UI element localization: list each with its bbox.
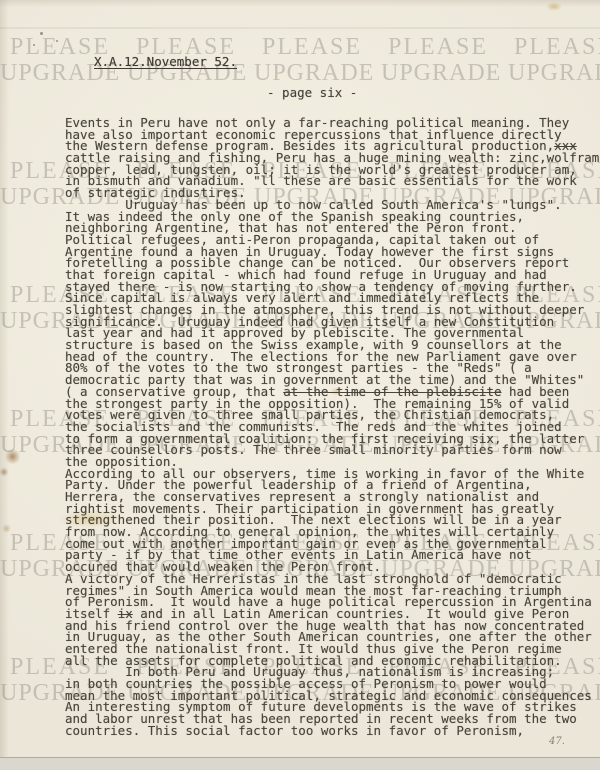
ink-speck: [40, 32, 43, 35]
watermark-word: PLEASE: [388, 34, 488, 61]
ink-speck: [56, 40, 58, 42]
watermark-word: UPGRADE: [381, 60, 501, 87]
watermark-word: PLEASE: [262, 34, 362, 61]
scanned-document-page: PLEASEUPGRADEPLEASEUPGRADEPLEASEUPGRADEP…: [0, 0, 600, 770]
ink-speck: [33, 44, 35, 46]
watermark-word: PLEASE: [514, 34, 600, 61]
document-reference: X.A.12.November 52.: [94, 54, 237, 69]
stain: [4, 448, 21, 465]
page-number-annotation: 47.: [549, 736, 565, 747]
body-line: countries. This social factor too works …: [65, 725, 600, 737]
stain: [1, 524, 12, 533]
document-body: Events in Peru have not only a far-reach…: [65, 117, 600, 742]
stain: [546, 2, 562, 11]
watermark-word: UPGRADE: [508, 60, 600, 87]
watermark-word: UPGRADE: [254, 60, 374, 87]
page-label: - page six -: [267, 85, 357, 100]
